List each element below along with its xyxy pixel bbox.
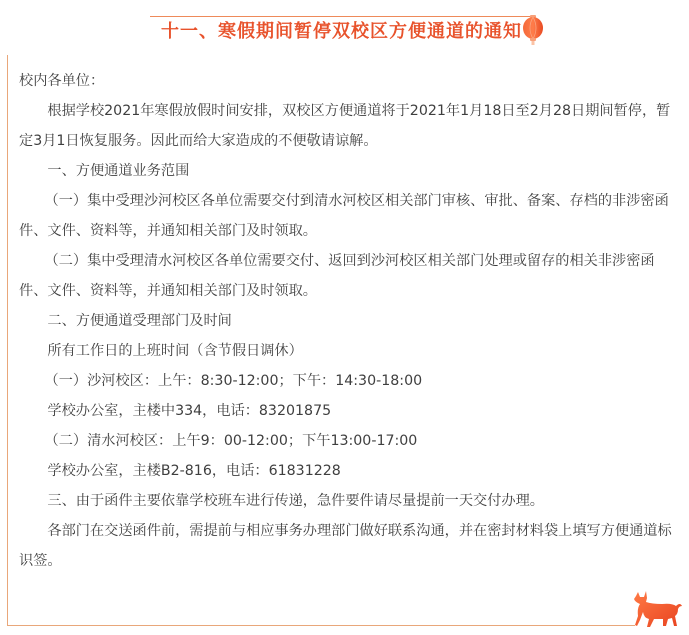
paragraph-contact-instructions: 各部门在交送函件前，需提前与相应事务办理部门做好联系沟通，并在密封材料袋上填写方… (19, 516, 679, 576)
paragraph-intro: 根据学校2021年寒假放假时间安排，双校区方便通道将于2021年1月18日至2月… (19, 96, 679, 156)
paragraph-working-hours: 所有工作日的上班时间（含节假日调休） (19, 336, 679, 366)
shahe-campus-office: 学校办公室，主楼中334，电话：83201875 (19, 396, 679, 426)
frame-left-border (7, 55, 8, 625)
qingshuihe-campus-office: 学校办公室，主楼B2-816，电话：61831228 (19, 456, 679, 486)
paragraph-scope-2: （二）集中受理清水河校区各单位需要交付、返回到沙河校区相关部门处理或留存的相关非… (19, 246, 679, 306)
shahe-campus-hours: （一）沙河校区：上午：8:30-12:00；下午：14:30-18:00 (19, 366, 679, 396)
lantern-icon (521, 13, 545, 45)
frame-bottom-border (7, 625, 635, 626)
title-top-rule (150, 16, 530, 17)
section-title: 十一、寒假期间暂停双校区方便通道的通知 (0, 19, 689, 45)
paragraph-scope-1: （一）集中受理沙河校区各单位需要交付到清水河校区相关部门审核、审批、备案、存档的… (19, 186, 679, 246)
heading-scope: 一、方便通道业务范围 (19, 156, 679, 186)
qingshuihe-campus-hours: （二）清水河校区：上午9：00-12:00；下午13:00-17:00 (19, 426, 679, 456)
paragraph-urgent-delivery: 三、由于函件主要依靠学校班车进行传递，急件要件请尽量提前一天交付办理。 (19, 486, 679, 516)
bull-icon (632, 590, 684, 630)
salutation: 校内各单位： (19, 66, 679, 96)
notice-body: 校内各单位： 根据学校2021年寒假放假时间安排，双校区方便通道将于2021年1… (19, 66, 679, 576)
heading-departments-hours: 二、方便通道受理部门及时间 (19, 306, 679, 336)
